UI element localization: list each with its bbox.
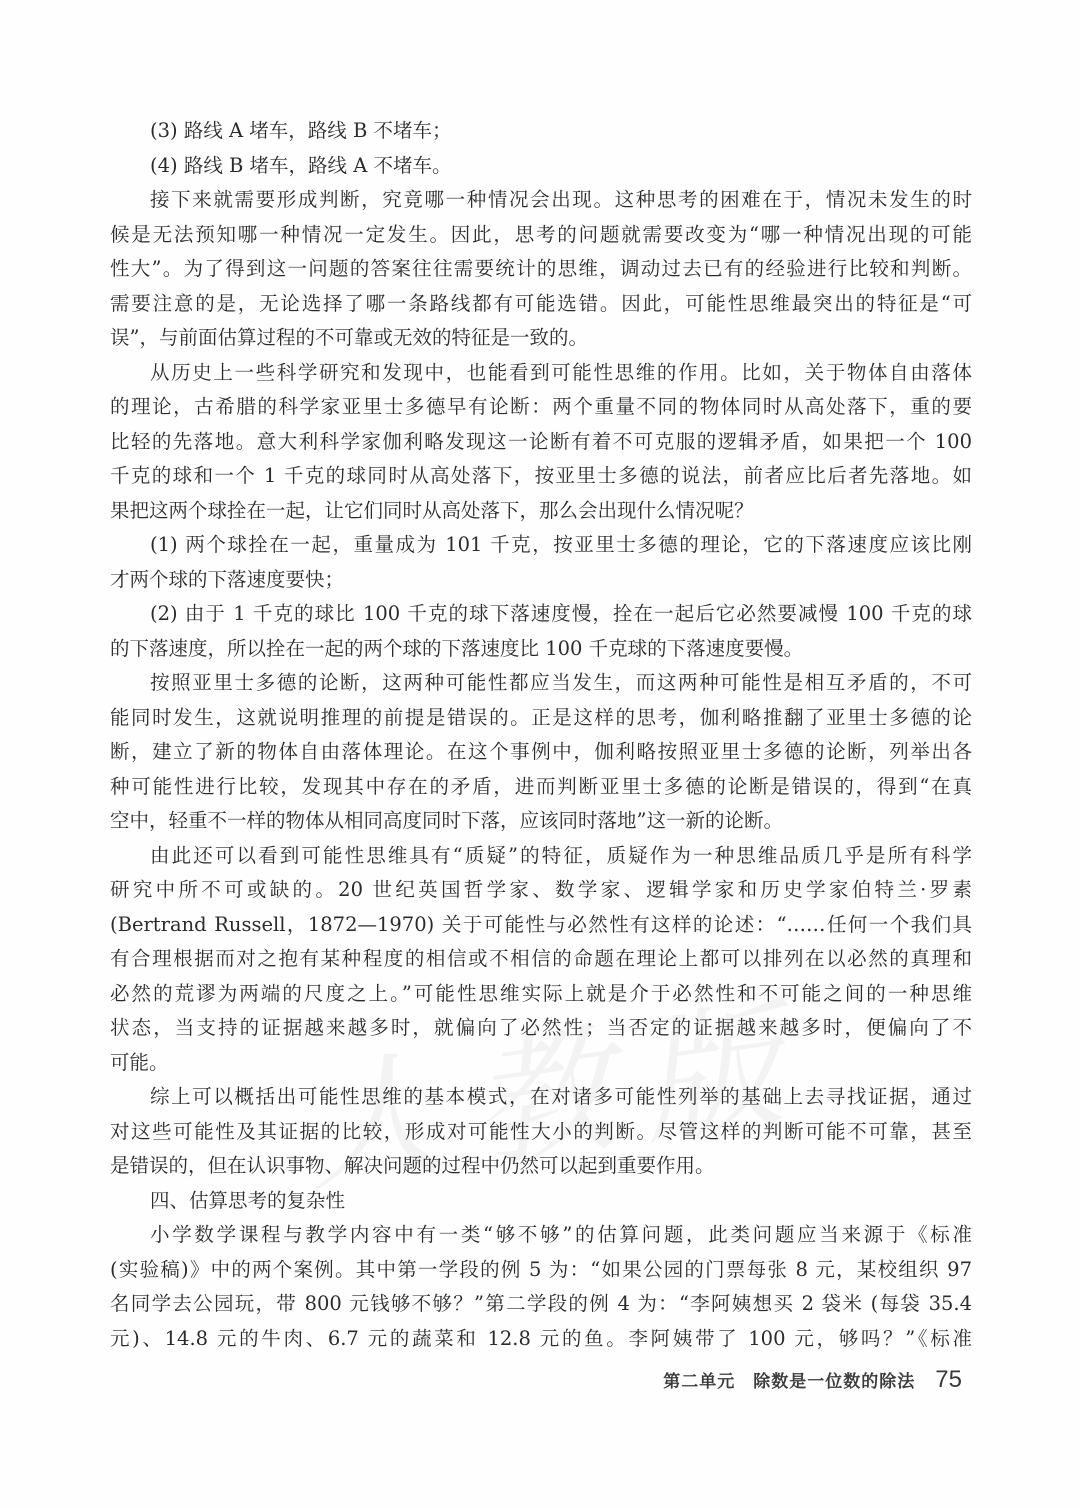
text-line: 从历史上一些科学研究和发现中，也能看到可能性思维的作用。比如，关于物体自由落体 xyxy=(110,356,972,391)
text-line: 状态，当支持的证据越来越多时，就偏向了必然性；当否定的证据越来越多时，便偏向了不 xyxy=(110,1011,972,1046)
text-line: 可能。 xyxy=(110,1046,972,1081)
text-line: 空中，轻重不一样的物体从相同高度同时下落，应该同时落地”这一新的论断。 xyxy=(110,804,972,839)
text-line: 是错误的，但在认识事物、解决问题的过程中仍然可以起到重要作用。 xyxy=(110,1149,972,1184)
text-line: 候是无法预知哪一种情况一定发生。因此，思考的问题就需要改变为“哪一种情况出现的可… xyxy=(110,218,972,253)
text-line: 对这些可能性及其证据的比较，形成对可能性大小的判断。尽管这样的判断可能不可靠，甚… xyxy=(110,1115,972,1150)
text-line: 的下落速度，所以拴在一起的两个球的下落速度比 100 千克球的下落速度要慢。 xyxy=(110,632,972,667)
text-line: 能同时发生，这就说明推理的前提是错误的。正是这样的思考，伽利略推翻了亚里士多德的… xyxy=(110,701,972,736)
text-line: 断，建立了新的物体自由落体理论。在这个事例中，伽利略按照亚里士多德的论断，列举出… xyxy=(110,735,972,770)
text-line: 元)、14.8 元的牛肉、6.7 元的蔬菜和 12.8 元的鱼。李阿姨带了 10… xyxy=(110,1322,972,1357)
text-line: 综上可以概括出可能性思维的基本模式，在对诸多可能性列举的基础上去寻找证据，通过 xyxy=(110,1080,972,1115)
text-line: 比轻的先落地。意大利科学家伽利略发现这一论断有着不可克服的逻辑矛盾，如果把一个 … xyxy=(110,425,972,460)
page-footer: 第二单元除数是一位数的除法 75 xyxy=(663,1366,962,1394)
text-line: (实验稿)》中的两个案例。其中第一学段的例 5 为：“如果公园的门票每张 8 元… xyxy=(110,1253,972,1288)
chapter-title: 除数是一位数的除法 xyxy=(753,1372,915,1392)
text-line: 的理论，古希腊的科学家亚里士多德早有论断：两个重量不同的物体同时从高处落下，重的… xyxy=(110,390,972,425)
text-line: 有合理根据而对之抱有某种程度的相信或不相信的命题在理论上都可以排列在以必然的真理… xyxy=(110,942,972,977)
section-heading: 四、估算思考的复杂性 xyxy=(110,1184,972,1219)
text-line: 果把这两个球拴在一起，让它们同时从高处落下，那么会出现什么情况呢？ xyxy=(110,494,972,529)
text-line: 种可能性进行比较，发现其中存在的矛盾，进而判断亚里士多德的论断是错误的，得到“在… xyxy=(110,770,972,805)
body-text: (3) 路线 A 堵车，路线 B 不堵车； (4) 路线 B 堵车，路线 A 不… xyxy=(110,114,972,1356)
text-line: 研究中所不可或缺的。20 世纪英国哲学家、数学家、逻辑学家和历史学家伯特兰·罗素 xyxy=(110,873,972,908)
text-line: 必然的荒谬为两端的尺度之上。”可能性思维实际上就是介于必然性和不可能之间的一种思… xyxy=(110,977,972,1012)
text-line: 需要注意的是，无论选择了哪一条路线都有可能选错。因此，可能性思维最突出的特征是“… xyxy=(110,287,972,322)
text-line: (Bertrand Russell，1872—1970) 关于可能性与必然性有这… xyxy=(110,908,972,943)
text-line: (3) 路线 A 堵车，路线 B 不堵车； xyxy=(110,114,972,149)
text-line: 千克的球和一个 1 千克的球同时从高处落下，按亚里士多德的说法，前者应比后者先落… xyxy=(110,459,972,494)
text-line: 小学数学课程与教学内容中有一类“够不够”的估算问题，此类问题应当来源于《标准 xyxy=(110,1218,972,1253)
text-line: 才两个球的下落速度要快； xyxy=(110,563,972,598)
page-number: 75 xyxy=(935,1366,962,1394)
text-line: (4) 路线 B 堵车，路线 A 不堵车。 xyxy=(110,149,972,184)
text-line: (1) 两个球拴在一起，重量成为 101 千克，按亚里士多德的理论，它的下落速度… xyxy=(110,528,972,563)
text-line: 名同学去公园玩，带 800 元钱够不够？”第二学段的例 4 为：“李阿姨想买 2… xyxy=(110,1287,972,1322)
text-line: 由此还可以看到可能性思维具有“质疑”的特征，质疑作为一种思维品质几乎是所有科学 xyxy=(110,839,972,874)
book-page: 人教版 (3) 路线 A 堵车，路线 B 不堵车； (4) 路线 B 堵车，路线… xyxy=(0,0,1080,1508)
text-line: (2) 由于 1 千克的球比 100 千克的球下落速度慢，拴在一起后它必然要减慢… xyxy=(110,597,972,632)
text-line: 误”，与前面估算过程的不可靠或无效的特征是一致的。 xyxy=(110,321,972,356)
text-line: 性大”。为了得到这一问题的答案往往需要统计的思维，调动过去已有的经验进行比较和判… xyxy=(110,252,972,287)
unit-label: 第二单元 xyxy=(663,1372,735,1392)
running-footer: 第二单元除数是一位数的除法 xyxy=(663,1367,915,1392)
text-line: 按照亚里士多德的论断，这两种可能性都应当发生，而这两种可能性是相互矛盾的，不可 xyxy=(110,666,972,701)
text-line: 接下来就需要形成判断，究竟哪一种情况会出现。这种思考的困难在于，情况未发生的时 xyxy=(110,183,972,218)
